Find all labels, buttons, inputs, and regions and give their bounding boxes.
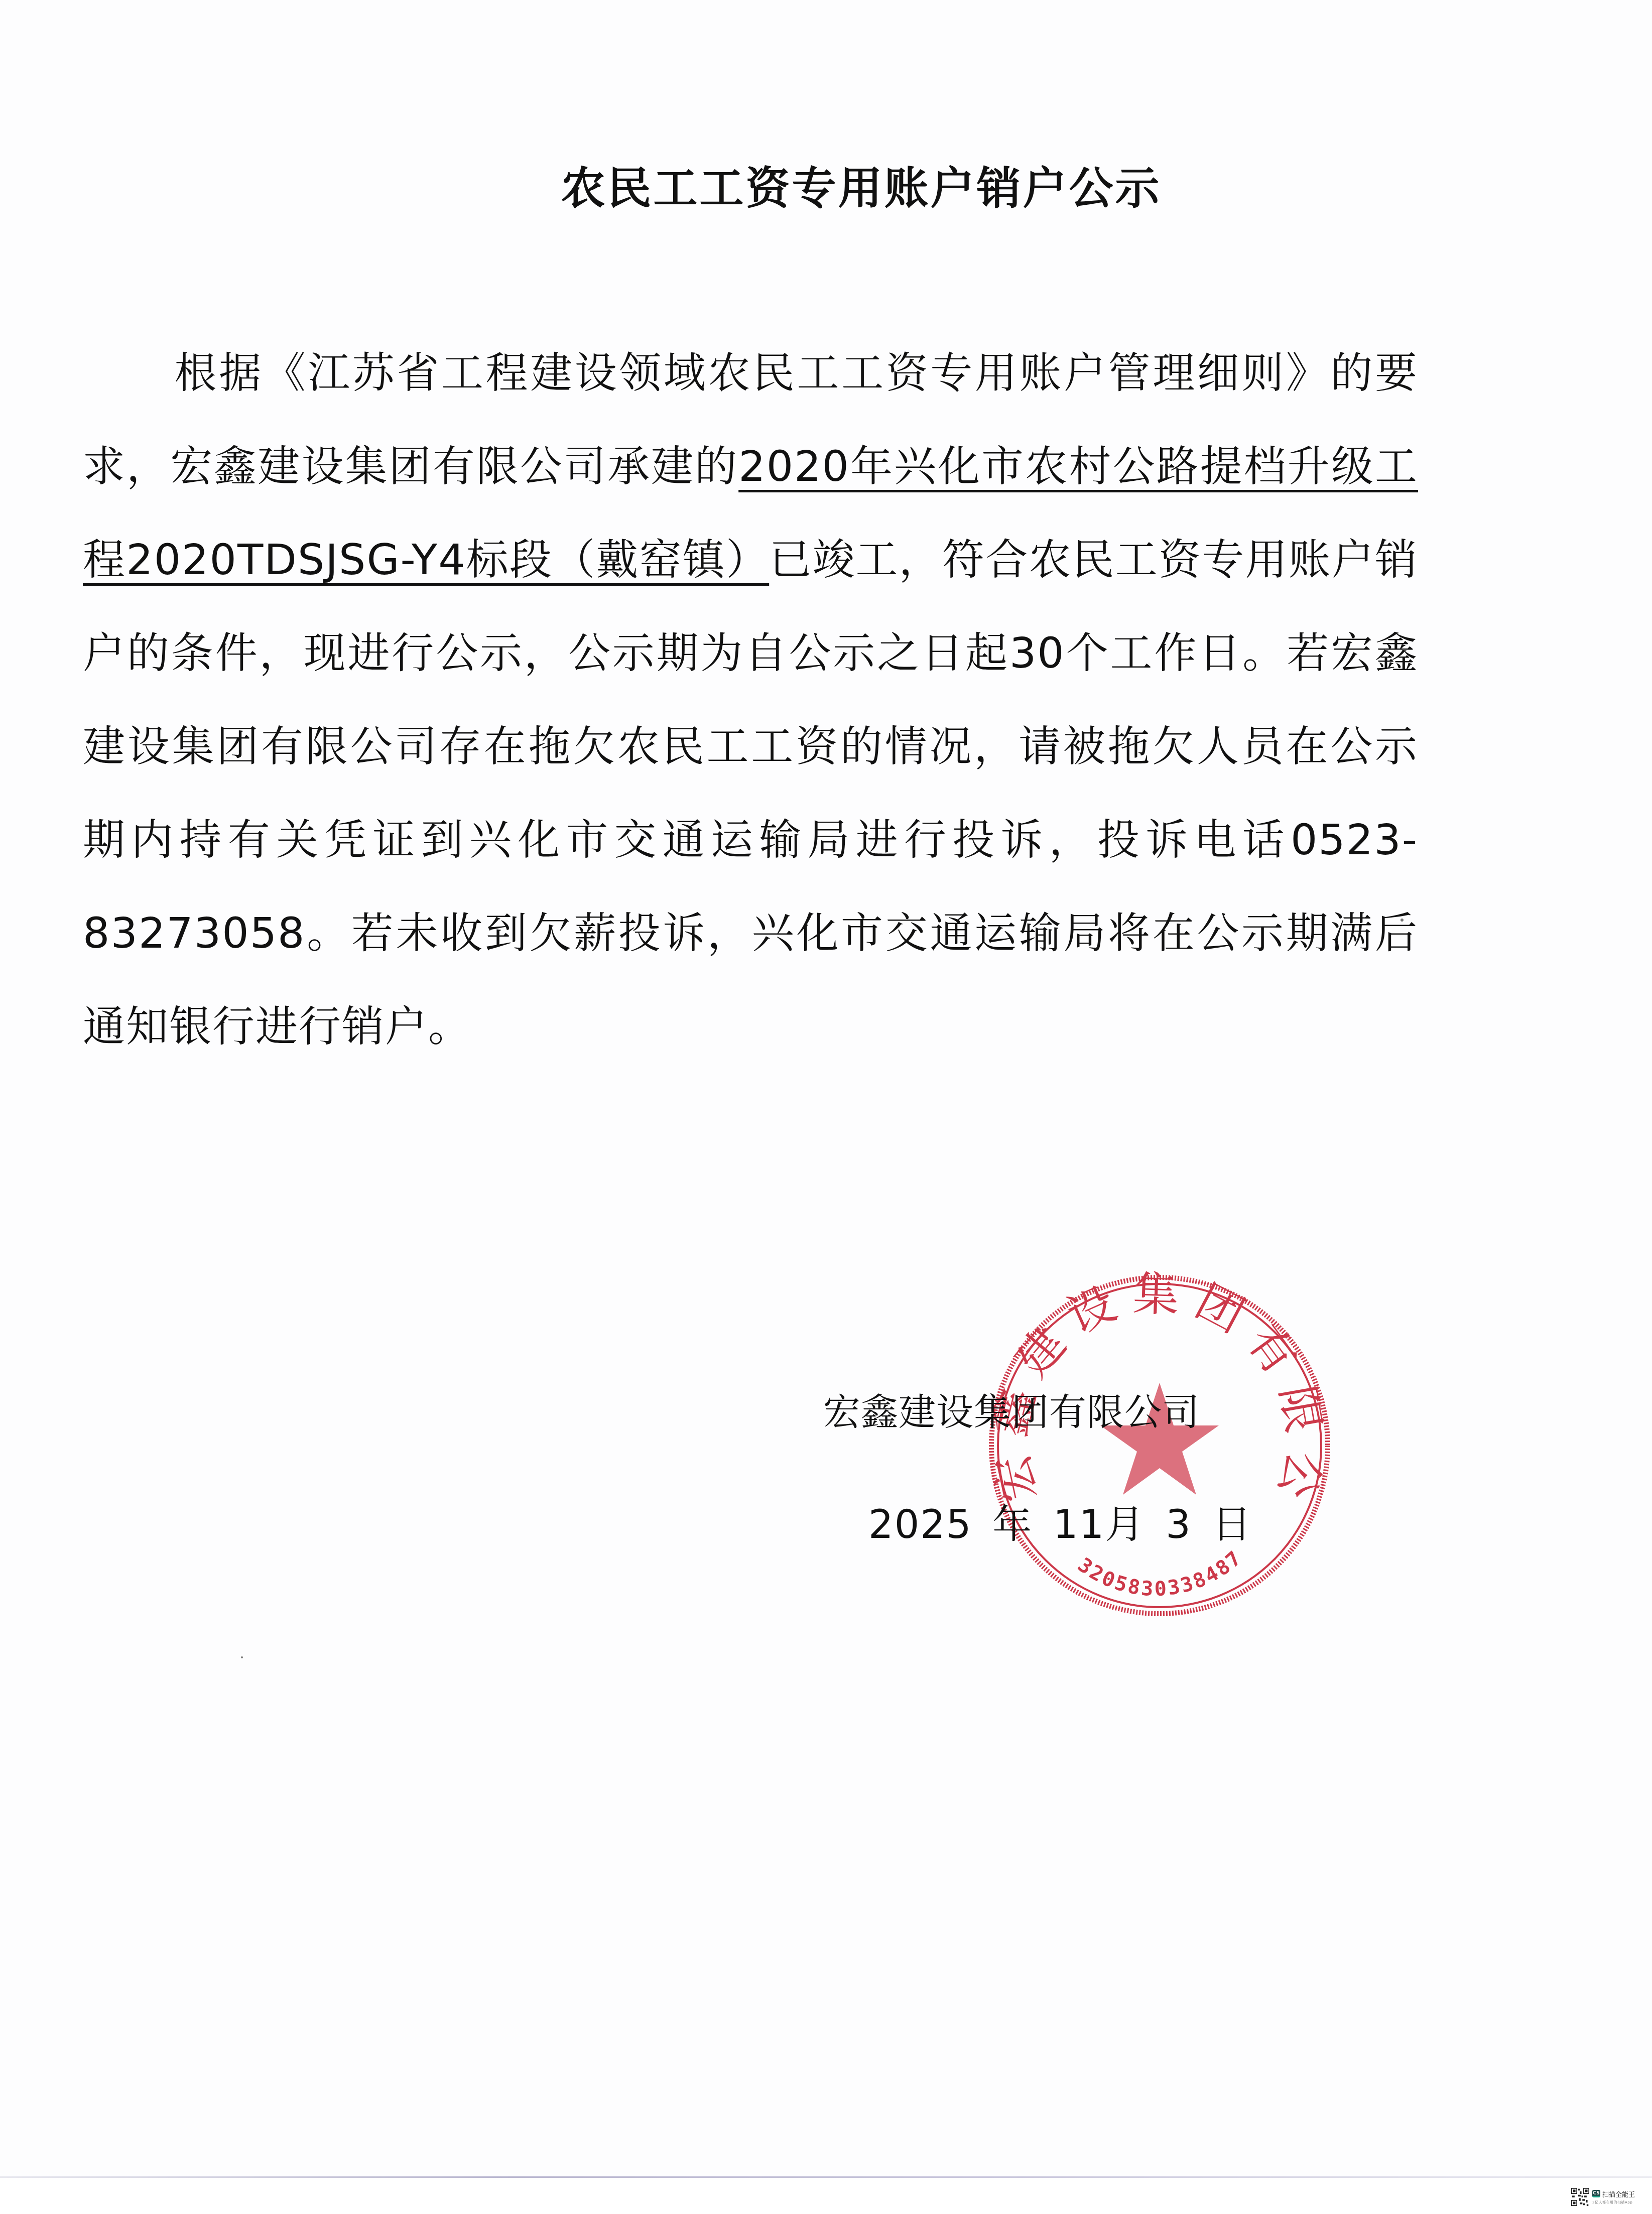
scan-speck <box>241 1656 243 1658</box>
scanner-brand-name: 扫描全能王 <box>1602 2189 1635 2198</box>
document-page: 农民工工资专用账户销户公示 根据《江苏省工程建设领域农民工工资专用账户管理细则》… <box>0 0 1652 2177</box>
signature-date: 2025 年 11月 3 日 <box>868 1493 1252 1549</box>
document-title: 农民工工资专用账户销户公示 <box>0 153 1652 216</box>
signature-company: 宏鑫建设集团有限公司 <box>823 1383 1200 1436</box>
company-seal-stamp: 宏鑫建设集团有限公司 3205830338487 <box>984 1270 1335 1621</box>
qr-code-icon[interactable] <box>1571 2188 1589 2206</box>
scan-speck <box>1401 919 1404 922</box>
page-bottom-edge <box>0 2176 1652 2178</box>
camscanner-logo-icon: CS <box>1592 2190 1600 2197</box>
scanner-brand: CS 扫描全能王 3亿人都在用的扫描App <box>1592 2189 1635 2205</box>
seal-code-text: 3205830338487 <box>1073 1545 1247 1601</box>
body-paragraph: 根据《江苏省工程建设领域农民工工资专用账户管理细则》的要求，宏鑫建设集团有限公司… <box>83 326 1418 1073</box>
scanner-tagline: 3亿人都在用的扫描App <box>1592 2200 1635 2205</box>
body-text-segment-3: 已竣工，符合农民工资专用账户销户的条件，现进行公示，公示期为自公示之日起30个工… <box>83 535 1418 1051</box>
scanner-app-badge[interactable]: CS 扫描全能王 3亿人都在用的扫描App <box>1571 2187 1651 2207</box>
